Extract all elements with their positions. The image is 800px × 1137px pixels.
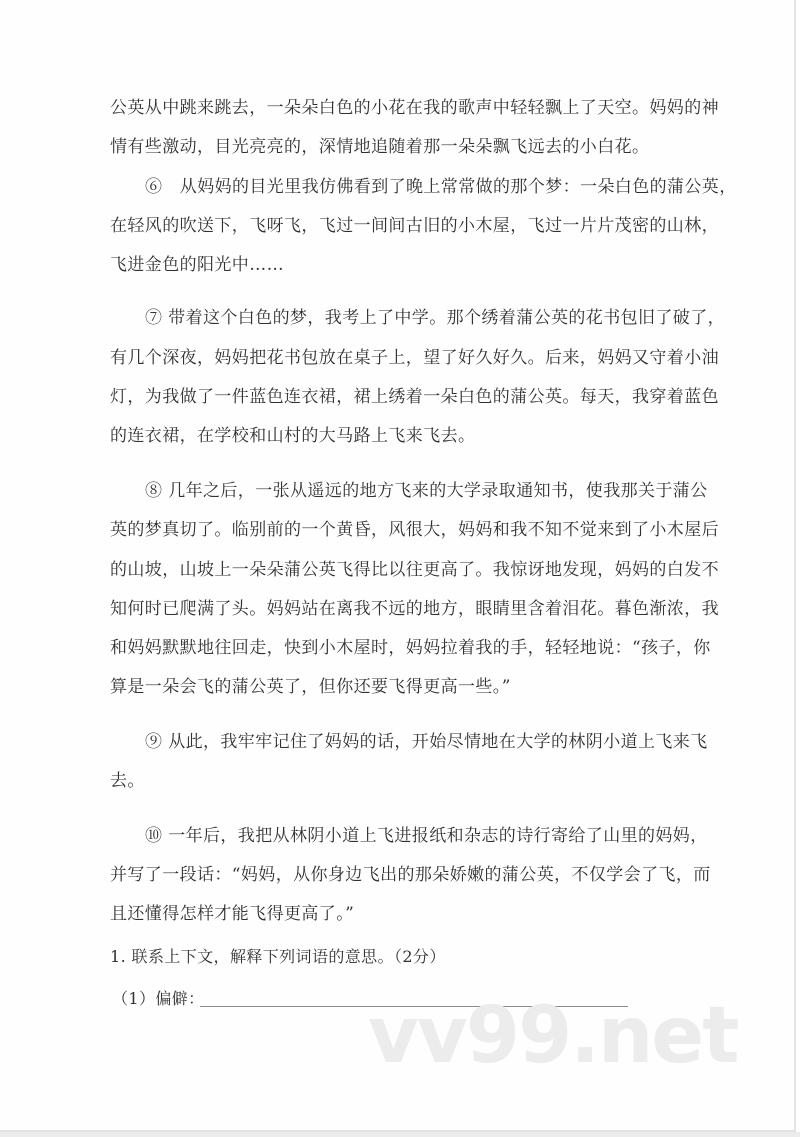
paragraph-7-line-3: 灯，为我做了一件蓝色连衣裙，裙上绣着一朵白色的蒲公英。每天，我穿着蓝色 — [110, 386, 700, 408]
paragraph-7-line-1: ⑦ 带着这个白色的梦，我考上了中学。那个绣着蒲公英的花书包旧了破了， — [145, 307, 735, 329]
question-1-title: 1. 联系上下文，解释下列词语的意思。（2分） — [110, 946, 700, 968]
document-page: 公英从中跳来跳去，一朵朵白色的小花在我的歌声中轻轻飘上了天空。妈妈的神 情有些激… — [0, 0, 796, 1132]
paragraph-10-line-2: 并写了一段话：“妈妈，从你身边飞出的那朵娇嫩的蒲公英，不仅学会了飞，而 — [110, 864, 700, 886]
paragraph-8-line-3: 的山坡，山坡上一朵朵蒲公英飞得比以往更高了。我惊讶地发现，妈妈的白发不 — [110, 559, 700, 581]
paragraph-9-line-1: ⑨ 从此，我牢牢记住了妈妈的话，开始尽情地在大学的林阴小道上飞来飞 — [145, 731, 735, 753]
paragraph-6-line-2: 在轻风的吹送下，飞呀飞，飞过一间间古旧的小木屋，飞过一片片茂密的山林， — [110, 215, 700, 237]
paragraph-5-line-4: 情有些激动，目光亮亮的，深情地追随着那一朵朵飘飞远去的小白花。 — [110, 136, 700, 158]
paragraph-8-line-6: 算是一朵会飞的蒲公英了，但你还要飞得更高一些。” — [110, 676, 700, 698]
paragraph-10-line-1: ⑩ 一年后，我把从林阴小道上飞进报纸和杂志的诗行寄给了山里的妈妈， — [145, 825, 735, 847]
paragraph-10-line-3: 且还懂得怎样才能飞得更高了。” — [110, 903, 700, 925]
paragraph-8-line-1: ⑧ 几年之后，一张从遥远的地方飞来的大学录取通知书，使我那关于蒲公 — [145, 480, 735, 502]
paragraph-5-line-3: 公英从中跳来跳去，一朵朵白色的小花在我的歌声中轻轻飘上了天空。妈妈的神 — [110, 97, 700, 119]
paragraph-6-line-3: 飞进金色的阳光中…… — [110, 254, 700, 276]
paragraph-6-line-1: ⑥ 从妈妈的目光里我仿佛看到了晚上常常做的那个梦：一朵白色的蒲公英， — [145, 176, 735, 198]
paragraph-7-line-2: 有几个深夜，妈妈把花书包放在桌子上，望了好久好久。后来，妈妈又守着小油 — [110, 347, 700, 369]
paragraph-8-line-4: 知何时已爬满了头。妈妈站在离我不远的地方，眼睛里含着泪花。暮色渐浓，我 — [110, 598, 700, 620]
paragraph-9-line-2: 去。 — [110, 770, 700, 792]
paragraph-8-line-2: 英的梦真切了。临别前的一个黄昏，风很大，妈妈和我不知不觉来到了小木屋后 — [110, 519, 700, 541]
watermark: vv99.net — [368, 996, 738, 1076]
question-1-item-label: （1）偏僻： — [112, 988, 202, 1010]
paragraph-8-line-5: 和妈妈默默地往回走，快到小木屋时，妈妈拉着我的手，轻轻地说：“孩子，你 — [110, 637, 700, 659]
paragraph-7-line-4: 的连衣裙，在学校和山村的大马路上飞来飞去。 — [110, 425, 700, 447]
page-bottom-edge — [0, 1132, 800, 1137]
